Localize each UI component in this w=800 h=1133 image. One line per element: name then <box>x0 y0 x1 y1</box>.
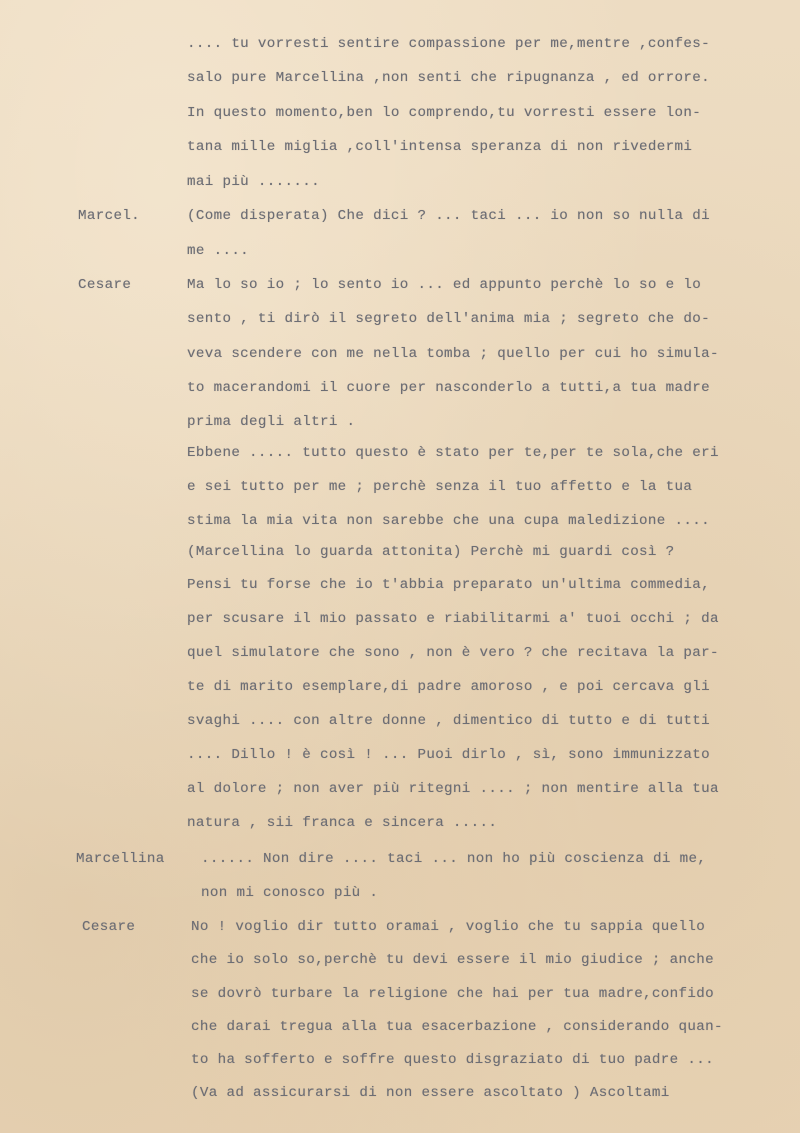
speaker-name: Marcel. <box>78 207 140 225</box>
text-line: ...... Non dire .... taci ... non ho più… <box>201 850 706 868</box>
text-line: to macerandomi il cuore per nasconderlo … <box>187 379 710 397</box>
text-line: Pensi tu forse che io t'abbia preparato … <box>187 576 710 594</box>
text-line: .... Dillo ! è così ! ... Puoi dirlo , s… <box>187 746 710 764</box>
text-line: per scusare il mio passato e riabilitarm… <box>187 610 719 628</box>
text-line: to ha sofferto e soffre questo disgrazia… <box>191 1051 714 1069</box>
text-line: se dovrò turbare la religione che hai pe… <box>191 985 714 1003</box>
text-line: prima degli altri . <box>187 413 355 431</box>
text-line: te di marito esemplare,di padre amoroso … <box>187 678 710 696</box>
typewritten-page: .... tu vorresti sentire compassione per… <box>0 0 800 1133</box>
text-line: natura , sii franca e sincera ..... <box>187 814 497 832</box>
text-line: (Come disperata) Che dici ? ... taci ...… <box>187 207 710 225</box>
text-line: svaghi .... con altre donne , dimentico … <box>187 712 710 730</box>
text-line: mai più ....... <box>187 173 320 191</box>
speaker-name: Cesare <box>78 276 131 294</box>
text-line: No ! voglio dir tutto oramai , voglio ch… <box>191 918 705 936</box>
text-line: Ebbene ..... tutto questo è stato per te… <box>187 444 719 462</box>
text-line: Ma lo so io ; lo sento io ... ed appunto… <box>187 276 701 294</box>
text-line: (Marcellina lo guarda attonita) Perchè m… <box>187 543 675 561</box>
speaker-name: Marcellina <box>76 850 165 868</box>
text-line: .... tu vorresti sentire compassione per… <box>187 35 710 53</box>
text-line: (Va ad assicurarsi di non essere ascolta… <box>191 1084 670 1102</box>
text-line: me .... <box>187 242 249 260</box>
text-line: salo pure Marcellina ,non senti che ripu… <box>187 69 710 87</box>
text-line: che darai tregua alla tua esacerbazione … <box>191 1018 723 1036</box>
text-line: veva scendere con me nella tomba ; quell… <box>187 345 719 363</box>
text-line: tana mille miglia ,coll'intensa speranza… <box>187 138 692 156</box>
text-line: al dolore ; non aver più ritegni .... ; … <box>187 780 719 798</box>
text-line: e sei tutto per me ; perchè senza il tuo… <box>187 478 692 496</box>
speaker-name: Cesare <box>82 918 135 936</box>
text-line: In questo momento,ben lo comprendo,tu vo… <box>187 104 701 122</box>
text-line: sento , ti dirò il segreto dell'anima mi… <box>187 310 710 328</box>
text-line: stima la mia vita non sarebbe che una cu… <box>187 512 710 530</box>
text-line: quel simulatore che sono , non è vero ? … <box>187 644 719 662</box>
text-line: non mi conosco più . <box>201 884 378 902</box>
text-line: che io solo so,perchè tu devi essere il … <box>191 951 714 969</box>
